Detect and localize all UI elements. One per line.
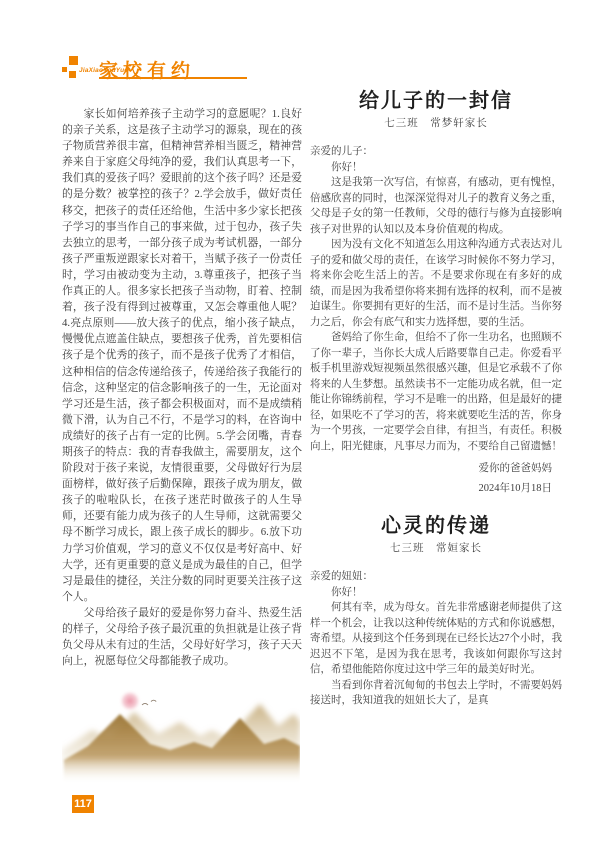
letter-paragraph: 何其有幸，成为母女。首先非常感谢老师提供了这样一个机会，让我以这种传统体贴的方式… [310,600,562,678]
sun-icon [120,691,140,711]
article-title: 给儿子的一封信 [310,94,562,110]
magazine-page: JiaXiaoYouYue 家校有约 家长如何培养孩子主动学习的意愿呢？1.良好… [0,0,600,849]
article-letter-to-son: 给儿子的一封信 七三班 常梦轩家长 亲爱的儿子： 你好！ 这是我第一次写信，有惊… [310,94,562,499]
mist-fade [62,754,300,796]
letter-paragraph: 当看到你背着沉甸甸的书包去上学时，不需要妈妈接送时，我知道我的妞妞长大了，是真 [310,678,562,709]
page-number-badge: 117 [72,795,94,813]
article-byline: 七三班 常梦轩家长 [310,116,562,132]
left-paragraph: 父母给孩子最好的爱是你努力奋斗、热爱生活的样子，父母给予孩子最沉重的负担就是让孩… [62,605,302,669]
article-heart-transmission: 心灵的传递 七三班 常姮家长 亲爱的妞妞： 你好！ 何其有幸，成为母女。首先非常… [310,519,562,709]
letter-body: 亲爱的妞妞： 你好！ 何其有幸，成为母女。首先非常感谢老师提供了这样一个机会，让… [310,569,562,709]
left-column: 家长如何培养孩子主动学习的意愿呢？1.良好的亲子关系，这是孩子主动学习的源泉，现… [62,106,302,669]
letter-paragraph: 爸妈给了你生命，但给不了你一生功名，也照顾不了你一辈子，当你长大成人后路要靠自己… [310,330,562,454]
mountains-illustration [62,688,300,796]
mountains-svg [62,688,300,796]
letter-signature-block: 爱你的爸爸妈妈 2024年10月18日 [310,459,562,499]
header-rule [99,77,247,79]
article-byline: 七三班 常姮家长 [310,541,562,557]
letter-paragraph: 这是我第一次写信，有惊喜，有感动，更有愧惶，倍感欣喜的同时，也深深觉得对儿子的教… [310,175,562,237]
letter-salutation: 亲爱的妞妞： [310,569,562,585]
left-paragraph: 家长如何培养孩子主动学习的意愿呢？1.良好的亲子关系，这是孩子主动学习的源泉，现… [62,106,302,605]
letter-date: 2024年10月18日 [310,479,552,499]
letter-signature: 爱你的爸爸妈妈 [310,459,552,479]
letter-salutation: 亲爱的儿子： [310,144,562,160]
letter-paragraph: 因为没有文化不知道怎么用这种沟通方式表达对儿子的爱和做父母的责任，在该学习时候你… [310,237,562,330]
logo-squares-icon [62,56,80,82]
section-header: JiaXiaoYouYue 家校有约 [62,54,322,94]
right-column: 给儿子的一封信 七三班 常梦轩家长 亲爱的儿子： 你好！ 这是我第一次写信，有惊… [310,94,562,709]
letter-body: 亲爱的儿子： 你好！ 这是我第一次写信，有惊喜，有感动，更有愧惶，倍感欣喜的同时… [310,144,562,499]
birds-icon [142,700,156,705]
article-title: 心灵的传递 [310,519,562,535]
letter-greeting: 你好！ [310,160,562,176]
letter-greeting: 你好！ [310,585,562,601]
